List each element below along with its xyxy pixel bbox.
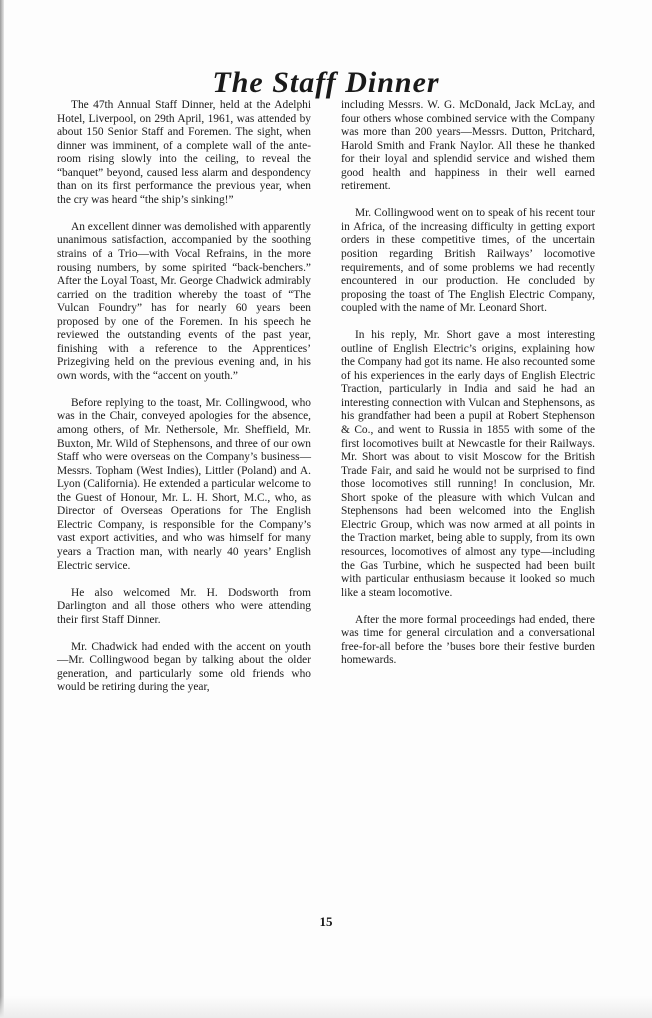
scanned-page-edge: [0, 0, 4, 1018]
paragraph: Mr. Chadwick had ended with the accent o…: [57, 641, 311, 695]
paragraph: After the more formal proceedings had en…: [341, 614, 595, 668]
paragraph: The 47th Annual Staff Dinner, held at th…: [57, 99, 311, 207]
scan-shadow: [0, 996, 652, 1018]
paragraph: Mr. Collingwood went on to speak of his …: [341, 207, 595, 315]
left-column: The 47th Annual Staff Dinner, held at th…: [57, 99, 311, 708]
paragraph: Before replying to the toast, Mr. Collin…: [57, 397, 311, 573]
paragraph-continued: including Messrs. W. G. McDonald, Jack M…: [341, 99, 595, 194]
paragraph: An excellent dinner was demolished with …: [57, 221, 311, 384]
paragraph: In his reply, Mr. Short gave a most inte…: [341, 329, 595, 600]
page-number: 15: [0, 914, 652, 930]
paragraph: He also welcomed Mr. H. Dodsworth from D…: [57, 587, 311, 628]
article-title: The Staff Dinner: [0, 66, 652, 100]
right-column: including Messrs. W. G. McDonald, Jack M…: [341, 99, 595, 681]
